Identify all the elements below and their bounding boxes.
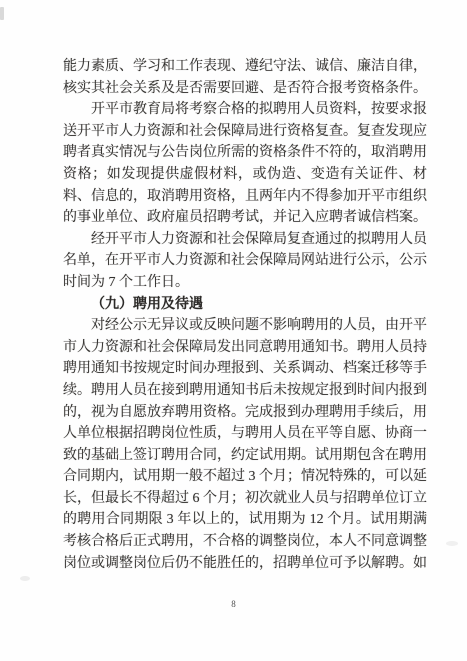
scan-artifact-right: [446, 541, 458, 546]
section-heading-employment-and-treatment: （九）聘用及待遇: [63, 294, 427, 316]
page-number: 8: [0, 599, 467, 609]
scan-artifact-top-left: [0, 7, 4, 20]
scanned-document-page: 能力素质、学习和工作表现、遵纪守法、诚信、廉洁自律，核实其社会关系及是否需要回避…: [0, 0, 467, 661]
paragraph-employment-terms: 对经公示无异议或反映问题不影响聘用的人员，由开平市人力资源和社会保障局发出同意聘…: [63, 315, 427, 574]
paragraph-continuation: 能力素质、学习和工作表现、遵纪守法、诚信、廉洁自律，核实其社会关系及是否需要回避…: [63, 56, 427, 99]
paragraph-public-notice: 经开平市人力资源和社会保障局复查通过的拟聘用人员名单，在开平市人力资源和社会保障…: [63, 229, 427, 294]
paragraph-qualification-recheck: 开平市教育局将考察合格的拟聘用人员资料，按要求报送开平市人力资源和社会保障局进行…: [63, 99, 427, 229]
scan-artifact-bottom-left: [20, 576, 30, 581]
document-body: 能力素质、学习和工作表现、遵纪守法、诚信、廉洁自律，核实其社会关系及是否需要回避…: [63, 56, 427, 574]
